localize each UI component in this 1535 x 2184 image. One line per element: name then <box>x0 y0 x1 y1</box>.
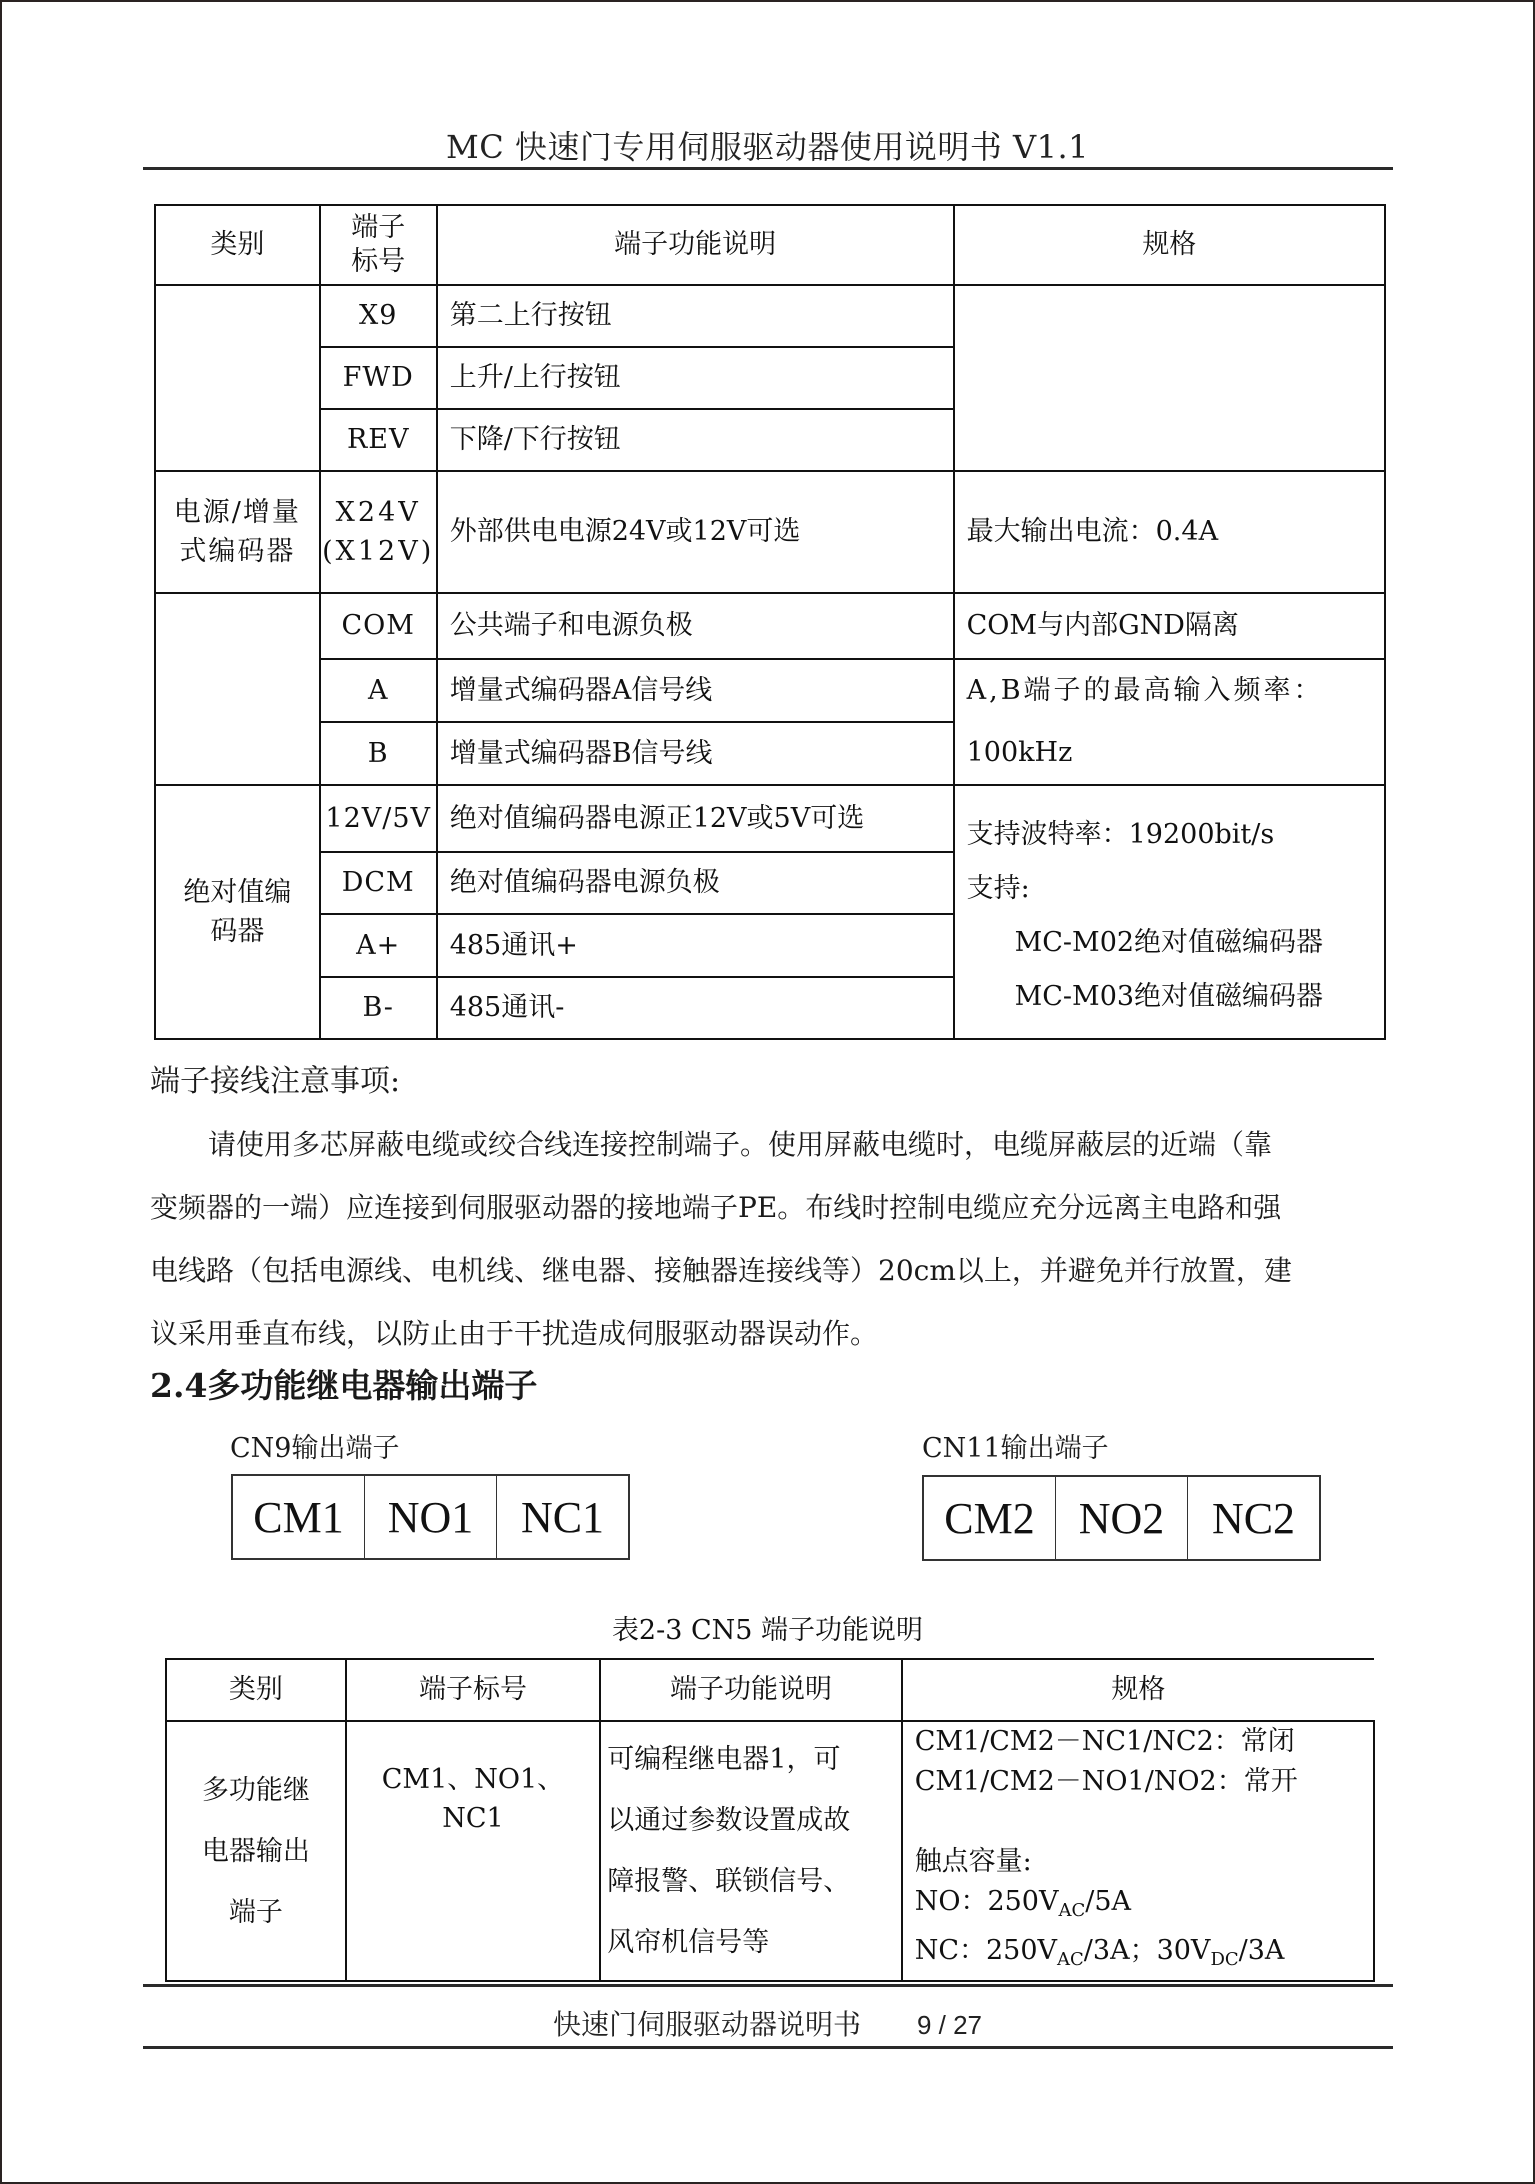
terminal-cell: B- <box>320 977 437 1039</box>
terminal-table-2: 类别 端子标号 端子功能说明 规格 多功能继 电器输出 端子 CM1、NO1、N… <box>165 1658 1375 1982</box>
wiring-notes-title: 端子接线注意事项: <box>150 1050 1390 1113</box>
terminal-cell: CM1、NO1、NC1 <box>346 1721 601 1981</box>
table-row: 绝对值编 码器 12V/5V 绝对值编码器电源正12V或5V可选 支持波特率：1… <box>155 785 1385 852</box>
page-number: 9 / 27 <box>917 2010 982 2040</box>
function-cell: 增量式编码器B信号线 <box>437 722 954 785</box>
spec-cell <box>954 285 1385 471</box>
footer-rule-bottom <box>143 2046 1393 2049</box>
no-capacity: NO：250VAC/5A <box>915 1882 1361 1931</box>
terminal-cell: FWD <box>320 347 437 409</box>
cn11-caption: CN11输出端子 <box>922 1426 1109 1465</box>
function-cell: 下降/下行按钮 <box>437 409 954 471</box>
table-caption: 表2-3 CN5 端子功能说明 <box>0 1608 1535 1647</box>
terminal-cell: DCM <box>320 852 437 914</box>
category-cell <box>155 285 320 471</box>
wiring-notes-body: 请使用多芯屏蔽电缆或绞合线连接控制端子。使用屏蔽电缆时，电缆屏蔽层的近端（靠 变… <box>150 1113 1390 1365</box>
function-cell: 增量式编码器A信号线 <box>437 659 954 722</box>
header-function: 端子功能说明 <box>437 205 954 285</box>
category-cell: 多功能继 电器输出 端子 <box>166 1721 346 1981</box>
cn9-terminal-block: CM1 NO1 NC1 <box>231 1474 630 1560</box>
header-category: 类别 <box>155 205 320 285</box>
terminal-cell: A <box>320 659 437 722</box>
spec-cell: CM1/CM2－NC1/NC2：常闭 CM1/CM2－NO1/NO2：常开 触点… <box>902 1721 1374 1981</box>
header-category: 类别 <box>166 1659 346 1721</box>
table-header-row: 类别 端子标号 端子功能说明 规格 <box>166 1659 1374 1721</box>
terminal-cell: COM <box>320 593 437 659</box>
function-cell: 绝对值编码器电源正12V或5V可选 <box>437 785 954 852</box>
section-title: 2.4多功能继电器输出端子 <box>150 1360 537 1407</box>
footer: 快速门伺服驱动器说明书9 / 27 <box>0 2003 1535 2043</box>
terminal-cell: A+ <box>320 914 437 977</box>
table-header-row: 类别 端子 标号 端子功能说明 规格 <box>155 205 1385 285</box>
terminal-cell: X9 <box>320 285 437 347</box>
function-cell: 外部供电电源24V或12V可选 <box>437 471 954 593</box>
function-cell: 第二上行按钮 <box>437 285 954 347</box>
table-row: 多功能继 电器输出 端子 CM1、NO1、NC1 可编程继电器1，可 以通过参数… <box>166 1721 1374 1981</box>
terminal-nc1: NC1 <box>497 1476 628 1558</box>
function-cell: 绝对值编码器电源负极 <box>437 852 954 914</box>
function-cell: 上升/上行按钮 <box>437 347 954 409</box>
terminal-nc2: NC2 <box>1188 1477 1319 1559</box>
terminal-cell: 12V/5V <box>320 785 437 852</box>
terminal-cell: B <box>320 722 437 785</box>
header-spec: 规格 <box>902 1659 1374 1721</box>
function-cell: 公共端子和电源负极 <box>437 593 954 659</box>
spec-cell: 支持波特率：19200bit/s 支持: MC-M02绝对值磁编码器 MC-M0… <box>954 785 1385 1039</box>
header-function: 端子功能说明 <box>600 1659 901 1721</box>
footer-title: 快速门伺服驱动器说明书 <box>553 2008 861 2041</box>
cn11-terminal-block: CM2 NO2 NC2 <box>922 1475 1321 1561</box>
nc-capacity: NC：250VAC/3A；30VDC/3A <box>915 1931 1361 1980</box>
category-cell: 电源/增量 式编码器 <box>155 471 320 593</box>
spec-cell: 最大输出电流：0.4A <box>954 471 1385 593</box>
terminal-no1: NO1 <box>365 1476 497 1558</box>
terminal-cell: X24V (X12V) <box>320 471 437 593</box>
terminal-cell: REV <box>320 409 437 471</box>
category-cell: 绝对值编 码器 <box>155 785 320 1039</box>
document-header-title: MC 快速门专用伺服驱动器使用说明书 V1.1 <box>0 122 1535 168</box>
header-terminal: 端子标号 <box>346 1659 601 1721</box>
table-row: 电源/增量 式编码器 X24V (X12V) 外部供电电源24V或12V可选 最… <box>155 471 1385 593</box>
terminal-no2: NO2 <box>1056 1477 1188 1559</box>
table-row: COM 公共端子和电源负极 COM与内部GND隔离 <box>155 593 1385 659</box>
footer-rule-top <box>143 1984 1393 1987</box>
header-spec: 规格 <box>954 205 1385 285</box>
function-cell: 485通讯- <box>437 977 954 1039</box>
terminal-cm1: CM1 <box>233 1476 365 1558</box>
function-cell: 可编程继电器1，可 以通过参数设置成故 障报警、联锁信号、 风帘机信号等 <box>600 1721 901 1981</box>
header-terminal: 端子 标号 <box>320 205 437 285</box>
terminal-table-1: 类别 端子 标号 端子功能说明 规格 X9 第二上行按钮 FWD 上升/上行按钮… <box>154 204 1386 1040</box>
table-row: X9 第二上行按钮 <box>155 285 1385 347</box>
terminal-cm2: CM2 <box>924 1477 1056 1559</box>
header-rule <box>143 167 1393 170</box>
category-cell <box>155 593 320 785</box>
function-cell: 485通讯+ <box>437 914 954 977</box>
cn9-caption: CN9输出端子 <box>230 1426 399 1465</box>
spec-cell: A,B端子的最高输入频率： 100kHz <box>954 659 1385 785</box>
spec-cell: COM与内部GND隔离 <box>954 593 1385 659</box>
table-row: A 增量式编码器A信号线 A,B端子的最高输入频率： 100kHz <box>155 659 1385 722</box>
